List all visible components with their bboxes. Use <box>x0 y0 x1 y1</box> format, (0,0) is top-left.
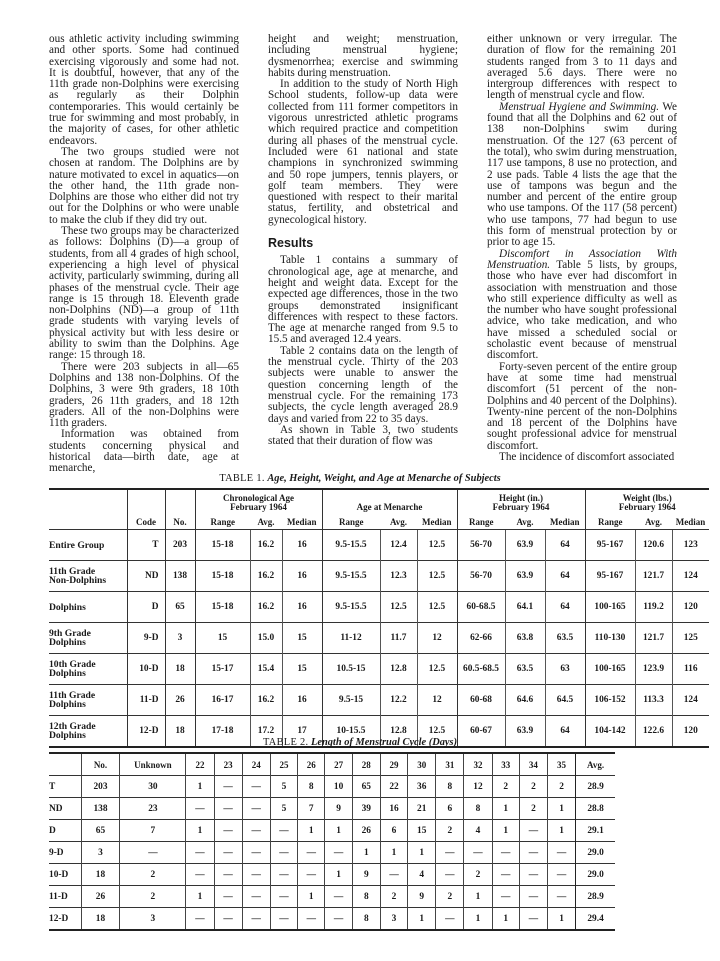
cell-no: 18 <box>165 654 195 685</box>
table-cell: 8 <box>464 798 492 820</box>
table-cell: — <box>270 886 297 908</box>
cell-code: 11-D <box>127 685 165 716</box>
table-cell: — <box>242 908 270 931</box>
table-cell: 1 <box>298 820 325 842</box>
paragraph-text: Table 5 lists, by groups, those who have… <box>487 259 677 361</box>
cell-height: 64 <box>545 530 585 561</box>
cell-menarche: 9.5-15 <box>322 685 380 716</box>
cell-chron: 16 <box>282 592 322 623</box>
paragraph: As shown in Table 3, two students stated… <box>268 425 458 448</box>
cell-height: 63.5 <box>545 623 585 654</box>
table-cell: — <box>547 886 575 908</box>
table-row: 10-D182—————19—4—2———29.0 <box>49 864 615 886</box>
table-cell: 2 <box>120 886 186 908</box>
cell-chron: 15-18 <box>195 530 250 561</box>
cell-menarche: 12.5 <box>417 561 457 592</box>
text-column-2: height and weight; menstruation, includi… <box>268 34 458 447</box>
table-row: T203301——581065223681222228.9 <box>49 776 615 798</box>
cell-height: 56-70 <box>457 561 505 592</box>
table-cell: — <box>214 776 242 798</box>
cell-menarche: 11-12 <box>322 623 380 654</box>
table-cell: — <box>547 842 575 864</box>
table-cell: 1 <box>492 820 519 842</box>
row-label: 10-D <box>49 864 81 886</box>
table-cell: 1 <box>492 908 519 931</box>
table-cell: 18 <box>81 864 120 886</box>
cell-weight: 124 <box>672 561 709 592</box>
table-cell: — <box>519 908 547 931</box>
table-cell: 10 <box>325 776 352 798</box>
table-cell: 203 <box>81 776 120 798</box>
table-cell: — <box>270 820 297 842</box>
cell-menarche: 9.5-15.5 <box>322 592 380 623</box>
table-cell: — <box>242 864 270 886</box>
table-cell: — <box>492 886 519 908</box>
table-cell: 1 <box>408 908 436 931</box>
table-cell: — <box>380 864 407 886</box>
table-cell: 65 <box>81 820 120 842</box>
cell-height: 62-66 <box>457 623 505 654</box>
row-label: 11-D <box>49 886 81 908</box>
column-header-median: Median <box>545 514 585 530</box>
table-cell: 29.0 <box>576 864 615 886</box>
table-cell: 22 <box>380 776 407 798</box>
table-cell: — <box>325 842 352 864</box>
table-cell: — <box>492 864 519 886</box>
row-label: 10th GradeDolphins <box>49 654 127 685</box>
column-header: Avg. <box>576 753 615 776</box>
table-cell: 1 <box>186 820 214 842</box>
table-cell: — <box>492 842 519 864</box>
column-header-range: Range <box>457 514 505 530</box>
table-cell: 138 <box>81 798 120 820</box>
cell-chron: 15-18 <box>195 561 250 592</box>
table-cell: 26 <box>352 820 380 842</box>
table1-caption: TABLE 1. Age, Height, Weight, and Age at… <box>0 473 720 484</box>
table-cell: 21 <box>408 798 436 820</box>
cell-chron: 15-18 <box>195 592 250 623</box>
table-cell: 2 <box>436 886 464 908</box>
paragraph: These two groups may be characterized as… <box>49 226 239 362</box>
cell-weight: 113.3 <box>635 685 672 716</box>
cell-menarche: 12.3 <box>380 561 417 592</box>
paragraph: Table 1 contains a summary of chronologi… <box>268 255 458 345</box>
cell-weight: 121.7 <box>635 561 672 592</box>
table-cell: — <box>298 864 325 886</box>
row-label: Entire Group <box>49 530 127 561</box>
table-cell: 1 <box>186 776 214 798</box>
paragraph: Forty-seven percent of the entire group … <box>487 362 677 452</box>
table-cell: 9 <box>352 864 380 886</box>
column-header: No. <box>81 753 120 776</box>
table-cell: 65 <box>352 776 380 798</box>
paragraph: Information was obtained from students c… <box>49 429 239 474</box>
column-header: Unknown <box>120 753 186 776</box>
column-header-median: Median <box>672 514 709 530</box>
table-cell: — <box>214 820 242 842</box>
cell-height: 63.5 <box>505 654 545 685</box>
table-cell: 2 <box>547 776 575 798</box>
table-cell: 28.9 <box>576 886 615 908</box>
cell-weight: 120.6 <box>635 530 672 561</box>
cell-weight: 125 <box>672 623 709 654</box>
column-header: 32 <box>464 753 492 776</box>
cell-no: 3 <box>165 623 195 654</box>
cell-no: 138 <box>165 561 195 592</box>
table-cell: 8 <box>352 908 380 931</box>
table-cell: 3 <box>120 908 186 931</box>
table-cell: 26 <box>81 886 120 908</box>
column-header: 29 <box>380 753 407 776</box>
cell-weight: 100-165 <box>585 654 635 685</box>
table-cell: 30 <box>120 776 186 798</box>
column-group-weight: Weight (lbs.)February 1964 <box>585 489 709 514</box>
table-cell: 1 <box>186 886 214 908</box>
cell-chron: 16.2 <box>250 561 282 592</box>
cell-chron: 15-17 <box>195 654 250 685</box>
table-cell: 6 <box>380 820 407 842</box>
column-header: 30 <box>408 753 436 776</box>
paragraph-text: We found that all the Dolphins and 62 ou… <box>487 101 677 249</box>
cell-code: T <box>127 530 165 561</box>
table-row: Entire GroupT20315-1816.2169.5-15.512.41… <box>49 530 709 561</box>
cell-height: 64 <box>545 592 585 623</box>
column-header-range: Range <box>322 514 380 530</box>
cell-weight: 95-167 <box>585 561 635 592</box>
table-cell: — <box>436 864 464 886</box>
cell-chron: 15.4 <box>250 654 282 685</box>
table-cell: 8 <box>352 886 380 908</box>
cell-height: 63.9 <box>505 530 545 561</box>
cell-height: 63 <box>545 654 585 685</box>
column-header-range: Range <box>195 514 250 530</box>
cell-menarche: 9.5-15.5 <box>322 561 380 592</box>
column-header: 28 <box>352 753 380 776</box>
table-cell: 23 <box>120 798 186 820</box>
column-header: 34 <box>519 753 547 776</box>
table-cell: — <box>325 908 352 931</box>
cell-chron: 16-17 <box>195 685 250 716</box>
cell-height: 60-68 <box>457 685 505 716</box>
table-cell: 3 <box>81 842 120 864</box>
column-header-no: No. <box>165 489 195 530</box>
table-row: 11-D2621———1—82921———28.9 <box>49 886 615 908</box>
paragraph: either unknown or very irregular. The du… <box>487 34 677 102</box>
table-row: 9-D3———————111—————29.0 <box>49 842 615 864</box>
subsection-title: Menstrual Hygiene and Swimming. <box>499 101 659 113</box>
table-cell: 2 <box>492 776 519 798</box>
table-cell: — <box>214 864 242 886</box>
table1: Code No. Chronological AgeFebruary 1964 … <box>49 488 709 748</box>
table-cell: 5 <box>270 776 297 798</box>
text-column-1: ous athletic activity including swimming… <box>49 34 239 475</box>
paragraph: height and weight; menstruation, includi… <box>268 34 458 79</box>
cell-menarche: 12 <box>417 685 457 716</box>
table-cell: 28.8 <box>576 798 615 820</box>
paragraph: The incidence of discomfort associated <box>487 452 677 463</box>
table-cell: 2 <box>380 886 407 908</box>
column-header-avg: Avg. <box>505 514 545 530</box>
cell-chron: 16 <box>282 685 322 716</box>
column-header-code: Code <box>127 489 165 530</box>
row-label: D <box>49 820 81 842</box>
table-cell: — <box>242 820 270 842</box>
column-header-median: Median <box>282 514 322 530</box>
table-cell: 36 <box>408 776 436 798</box>
column-group-chronological-age: Chronological AgeFebruary 1964 <box>195 489 322 514</box>
row-label: 11th GradeDolphins <box>49 685 127 716</box>
table-cell: 1 <box>380 842 407 864</box>
table-cell: 2 <box>519 798 547 820</box>
table-cell: 29.1 <box>576 820 615 842</box>
table-cell: 7 <box>120 820 186 842</box>
row-label: T <box>49 776 81 798</box>
column-header <box>49 753 81 776</box>
table-cell: 1 <box>492 798 519 820</box>
table-cell: 1 <box>298 886 325 908</box>
table-cell: 1 <box>547 908 575 931</box>
table-row: 11th GradeDolphins11-D2616-1716.2169.5-1… <box>49 685 709 716</box>
cell-menarche: 10.5-15 <box>322 654 380 685</box>
table2: No.Unknown2223242526272829303132333435Av… <box>49 752 615 931</box>
table-row: 12-D183——————831—11—129.4 <box>49 908 615 931</box>
cell-menarche: 12.8 <box>380 654 417 685</box>
table-cell: 2 <box>436 820 464 842</box>
cell-height: 64 <box>545 561 585 592</box>
table2-caption: TABLE 2. Length of Menstrual Cycle (Days… <box>0 737 720 748</box>
table-cell: 18 <box>81 908 120 931</box>
table-cell: — <box>242 886 270 908</box>
table-row: DolphinsD6515-1816.2169.5-15.512.512.560… <box>49 592 709 623</box>
cell-height: 64.6 <box>505 685 545 716</box>
table-cell: 15 <box>408 820 436 842</box>
table-cell: 16 <box>380 798 407 820</box>
cell-menarche: 12.5 <box>417 530 457 561</box>
row-label: 12-D <box>49 908 81 931</box>
table-cell: 9 <box>408 886 436 908</box>
cell-code: ND <box>127 561 165 592</box>
table-cell: 1 <box>547 798 575 820</box>
cell-weight: 120 <box>672 592 709 623</box>
cell-code: D <box>127 592 165 623</box>
table-cell: — <box>519 842 547 864</box>
cell-height: 56-70 <box>457 530 505 561</box>
table-cell: 4 <box>464 820 492 842</box>
cell-height: 64.5 <box>545 685 585 716</box>
table-cell: 1 <box>464 908 492 931</box>
table-cell: — <box>186 908 214 931</box>
cell-chron: 16.2 <box>250 530 282 561</box>
cell-no: 65 <box>165 592 195 623</box>
table-cell: 28.9 <box>576 776 615 798</box>
table-row: 11th GradeNon-DolphinsND13815-1816.2169.… <box>49 561 709 592</box>
table-cell: — <box>186 864 214 886</box>
table-cell: — <box>120 842 186 864</box>
table-cell: 1 <box>352 842 380 864</box>
row-label: 9th GradeDolphins <box>49 623 127 654</box>
cell-height: 63.9 <box>505 561 545 592</box>
table-cell: — <box>242 798 270 820</box>
cell-menarche: 11.7 <box>380 623 417 654</box>
column-header: 23 <box>214 753 242 776</box>
column-header: 24 <box>242 753 270 776</box>
column-header: 31 <box>436 753 464 776</box>
table-cell: — <box>298 908 325 931</box>
cell-chron: 15 <box>195 623 250 654</box>
paragraph: The two groups studied were not chosen a… <box>49 147 239 226</box>
table-cell: — <box>242 842 270 864</box>
table-cell: 1 <box>408 842 436 864</box>
table-cell: 8 <box>298 776 325 798</box>
table-cell: 12 <box>464 776 492 798</box>
cell-chron: 16.2 <box>250 685 282 716</box>
row-label: 11th GradeNon-Dolphins <box>49 561 127 592</box>
table-label: TABLE 1. <box>219 473 264 484</box>
table-cell: — <box>186 842 214 864</box>
paragraph: Table 2 contains data on the length of t… <box>268 346 458 425</box>
column-header-range: Range <box>585 514 635 530</box>
cell-weight: 116 <box>672 654 709 685</box>
cell-weight: 123.9 <box>635 654 672 685</box>
table-cell: — <box>214 886 242 908</box>
table-cell: 1 <box>325 820 352 842</box>
row-label: 9-D <box>49 842 81 864</box>
table-row: 10th GradeDolphins10-D1815-1715.41510.5-… <box>49 654 709 685</box>
cell-chron: 16.2 <box>250 592 282 623</box>
table-cell: — <box>298 842 325 864</box>
table-header-row: Code No. Chronological AgeFebruary 1964 … <box>49 489 709 514</box>
table-cell: 29.0 <box>576 842 615 864</box>
table-header-row: No.Unknown2223242526272829303132333435Av… <box>49 753 615 776</box>
cell-height: 60.5-68.5 <box>457 654 505 685</box>
cell-code: 10-D <box>127 654 165 685</box>
cell-no: 26 <box>165 685 195 716</box>
table-cell: — <box>519 820 547 842</box>
paragraph: In addition to the study of North High S… <box>268 79 458 226</box>
table-cell: — <box>242 776 270 798</box>
column-header: 22 <box>186 753 214 776</box>
cell-chron: 16 <box>282 530 322 561</box>
table-cell: — <box>464 842 492 864</box>
section-heading-results: Results <box>268 238 458 249</box>
column-header: 35 <box>547 753 575 776</box>
column-header-avg: Avg. <box>635 514 672 530</box>
table-label: TABLE 2. <box>263 737 308 748</box>
cell-chron: 15.0 <box>250 623 282 654</box>
cell-menarche: 12.4 <box>380 530 417 561</box>
table-cell: 1 <box>547 820 575 842</box>
table-cell: 9 <box>325 798 352 820</box>
table-cell: — <box>270 908 297 931</box>
table-cell: — <box>214 842 242 864</box>
table-cell: 2 <box>519 776 547 798</box>
table-cell: 2 <box>464 864 492 886</box>
cell-menarche: 12.2 <box>380 685 417 716</box>
cell-code: 9-D <box>127 623 165 654</box>
table-cell: — <box>547 864 575 886</box>
table-cell: 1 <box>325 864 352 886</box>
table-row: ND13823———5793916216812128.8 <box>49 798 615 820</box>
table-cell: — <box>325 886 352 908</box>
table-cell: — <box>519 886 547 908</box>
row-label: ND <box>49 798 81 820</box>
cell-chron: 15 <box>282 623 322 654</box>
cell-weight: 119.2 <box>635 592 672 623</box>
paragraph: Discomfort in Association With Menstruat… <box>487 249 677 362</box>
table-cell: — <box>214 798 242 820</box>
table-cell: 1 <box>464 886 492 908</box>
column-header-median: Median <box>417 514 457 530</box>
table-cell: — <box>186 798 214 820</box>
column-header: 27 <box>325 753 352 776</box>
cell-weight: 124 <box>672 685 709 716</box>
cell-weight: 100-165 <box>585 592 635 623</box>
table-cell: — <box>270 864 297 886</box>
cell-chron: 16 <box>282 561 322 592</box>
table-cell: — <box>436 908 464 931</box>
paragraph: Menstrual Hygiene and Swimming. We found… <box>487 102 677 249</box>
column-group-age-at-menarche: Age at Menarche <box>322 489 457 514</box>
table-cell: — <box>214 908 242 931</box>
cell-weight: 121.7 <box>635 623 672 654</box>
column-header-avg: Avg. <box>380 514 417 530</box>
cell-weight: 110-130 <box>585 623 635 654</box>
table-cell: 8 <box>436 776 464 798</box>
cell-no: 203 <box>165 530 195 561</box>
table-cell: — <box>436 842 464 864</box>
column-header: 26 <box>298 753 325 776</box>
cell-chron: 15 <box>282 654 322 685</box>
cell-weight: 123 <box>672 530 709 561</box>
cell-menarche: 12.5 <box>380 592 417 623</box>
cell-menarche: 12 <box>417 623 457 654</box>
table-cell: — <box>519 864 547 886</box>
table-row: 9th GradeDolphins9-D31515.01511-1211.712… <box>49 623 709 654</box>
table-row: D6571———1126615241—129.1 <box>49 820 615 842</box>
table-cell: 2 <box>120 864 186 886</box>
cell-height: 63.8 <box>505 623 545 654</box>
cell-menarche: 12.5 <box>417 592 457 623</box>
table-cell: 39 <box>352 798 380 820</box>
table-cell: — <box>270 842 297 864</box>
cell-menarche: 9.5-15.5 <box>322 530 380 561</box>
column-header: 25 <box>270 753 297 776</box>
table-cell: 29.4 <box>576 908 615 931</box>
table-title: Age, Height, Weight, and Age at Menarche… <box>267 473 500 484</box>
table-cell: 5 <box>270 798 297 820</box>
cell-weight: 106-152 <box>585 685 635 716</box>
paragraph: There were 203 subjects in all—65 Dolphi… <box>49 362 239 430</box>
cell-weight: 95-167 <box>585 530 635 561</box>
text-column-3: either unknown or very irregular. The du… <box>487 34 677 463</box>
cell-height: 64.1 <box>505 592 545 623</box>
column-header-avg: Avg. <box>250 514 282 530</box>
paragraph: ous athletic activity including swimming… <box>49 34 239 147</box>
column-group-height: Height (in.)February 1964 <box>457 489 585 514</box>
table-cell: 7 <box>298 798 325 820</box>
row-label: Dolphins <box>49 592 127 623</box>
cell-menarche: 12.5 <box>417 654 457 685</box>
table-cell: 3 <box>380 908 407 931</box>
table-cell: 6 <box>436 798 464 820</box>
table-cell: 4 <box>408 864 436 886</box>
cell-height: 60-68.5 <box>457 592 505 623</box>
column-header: 33 <box>492 753 519 776</box>
table-title: Length of Menstrual Cycle (Days) <box>311 737 457 748</box>
